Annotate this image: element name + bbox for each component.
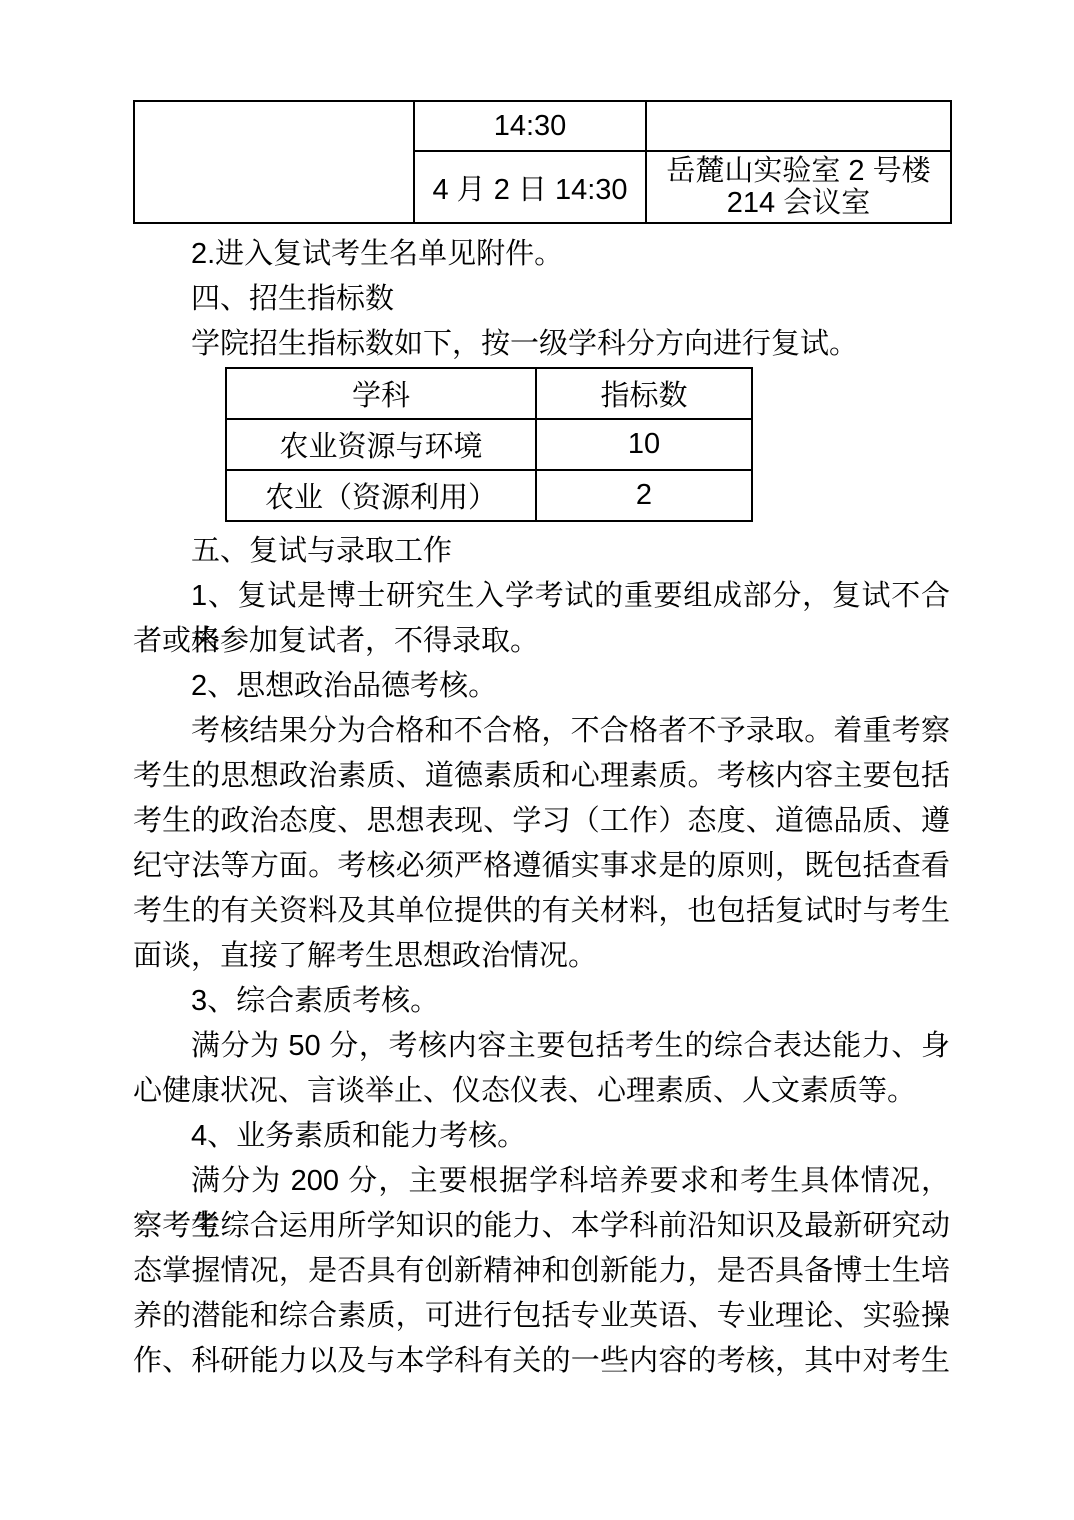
text-line: 学院招生指标数如下，按一级学科分方向进行复试。 [133, 322, 950, 367]
schedule-time-cell-2: 4 月 2 日 14:30 [414, 151, 646, 223]
document-page: 14:30 4 月 2 日 14:30 岳麓山实验室 2 号楼 214 会议室 … [0, 0, 1074, 1520]
schedule-empty-cell [134, 101, 414, 223]
text-line: 心健康状况、言谈举止、仪态仪表、心理素质、人文素质等。 [133, 1069, 950, 1114]
para-5-1: 1、复试是博士研究生入学考试的重要组成部分，复试不合格者或未参加复试者，不得录取… [133, 574, 950, 664]
text-line: 4、业务素质和能力考核。 [133, 1114, 950, 1159]
para-5-3-body: 满分为 50 分，考核内容主要包括考生的综合表达能力、身心健康状况、言谈举止、仪… [133, 1024, 950, 1114]
quota-subject-cell: 农业资源与环境 [226, 419, 536, 470]
paragraph-group-b: 五、复试与录取工作1、复试是博士研究生入学考试的重要组成部分，复试不合格者或未参… [133, 529, 950, 1384]
document-content: 14:30 4 月 2 日 14:30 岳麓山实验室 2 号楼 214 会议室 … [133, 100, 950, 1384]
quota-row: 农业资源与环境 10 [226, 419, 752, 470]
heading-section-4: 四、招生指标数 [133, 277, 950, 322]
quota-value-cell: 2 [536, 470, 752, 521]
schedule-location-cell-2: 岳麓山实验室 2 号楼 214 会议室 [646, 151, 951, 223]
quota-header-quota: 指标数 [536, 368, 752, 419]
text-line: 满分为 200 分，主要根据学科培养要求和考生具体情况，考 [133, 1159, 950, 1204]
para-5-2-title: 2、思想政治品德考核。 [133, 664, 950, 709]
text-line: 3、综合素质考核。 [133, 979, 950, 1024]
interview-schedule-table: 14:30 4 月 2 日 14:30 岳麓山实验室 2 号楼 214 会议室 [133, 100, 952, 224]
text-line: 面谈，直接了解考生思想政治情况。 [133, 934, 950, 979]
para-5-3-title: 3、综合素质考核。 [133, 979, 950, 1024]
text-line: 态掌握情况，是否具有创新精神和创新能力，是否具备博士生培 [133, 1249, 950, 1294]
quota-subject-cell: 农业（资源利用） [226, 470, 536, 521]
quota-header-row: 学科 指标数 [226, 368, 752, 419]
text-line: 作、科研能力以及与本学科有关的一些内容的考核，其中对考生 [133, 1339, 950, 1384]
schedule-row-1: 14:30 [134, 101, 951, 151]
text-line: 考生的政治态度、思想表现、学习（工作）态度、道德品质、遵 [133, 799, 950, 844]
quota-table: 学科 指标数 农业资源与环境 10 农业（资源利用） 2 [225, 367, 753, 522]
text-line: 养的潜能和综合素质，可进行包括专业英语、专业理论、实验操 [133, 1294, 950, 1339]
text-line: 考生的思想政治素质、道德素质和心理素质。考核内容主要包括 [133, 754, 950, 799]
quota-row: 农业（资源利用） 2 [226, 470, 752, 521]
para-candidate-list: 2.进入复试考生名单见附件。 [133, 232, 950, 277]
para-quota-intro: 学院招生指标数如下，按一级学科分方向进行复试。 [133, 322, 950, 367]
location-line-2: 214 会议室 [647, 187, 950, 219]
text-line: 满分为 50 分，考核内容主要包括考生的综合表达能力、身 [133, 1024, 950, 1069]
para-5-4-body: 满分为 200 分，主要根据学科培养要求和考生具体情况，考察考生综合运用所学知识… [133, 1159, 950, 1384]
text-line: 考生的有关资料及其单位提供的有关材料，也包括复试时与考生 [133, 889, 950, 934]
quota-value-cell: 10 [536, 419, 752, 470]
heading-section-5: 五、复试与录取工作 [133, 529, 950, 574]
text-line: 四、招生指标数 [133, 277, 950, 322]
paragraph-group-a: 2.进入复试考生名单见附件。四、招生指标数学院招生指标数如下，按一级学科分方向进… [133, 232, 950, 367]
text-line: 纪守法等方面。考核必须严格遵循实事求是的原则，既包括查看 [133, 844, 950, 889]
text-line: 者或未参加复试者，不得录取。 [133, 619, 950, 664]
text-line: 2、思想政治品德考核。 [133, 664, 950, 709]
text-line: 五、复试与录取工作 [133, 529, 950, 574]
schedule-time-cell-1: 14:30 [414, 101, 646, 151]
para-5-4-title: 4、业务素质和能力考核。 [133, 1114, 950, 1159]
text-line: 考核结果分为合格和不合格，不合格者不予录取。着重考察 [133, 709, 950, 754]
schedule-location-cell-1 [646, 101, 951, 151]
text-line: 1、复试是博士研究生入学考试的重要组成部分，复试不合格 [133, 574, 950, 619]
quota-header-subject: 学科 [226, 368, 536, 419]
para-5-2-body: 考核结果分为合格和不合格，不合格者不予录取。着重考察考生的思想政治素质、道德素质… [133, 709, 950, 979]
text-line: 察考生综合运用所学知识的能力、本学科前沿知识及最新研究动 [133, 1204, 950, 1249]
location-line-1: 岳麓山实验室 2 号楼 [647, 155, 950, 187]
text-line: 2.进入复试考生名单见附件。 [133, 232, 950, 277]
